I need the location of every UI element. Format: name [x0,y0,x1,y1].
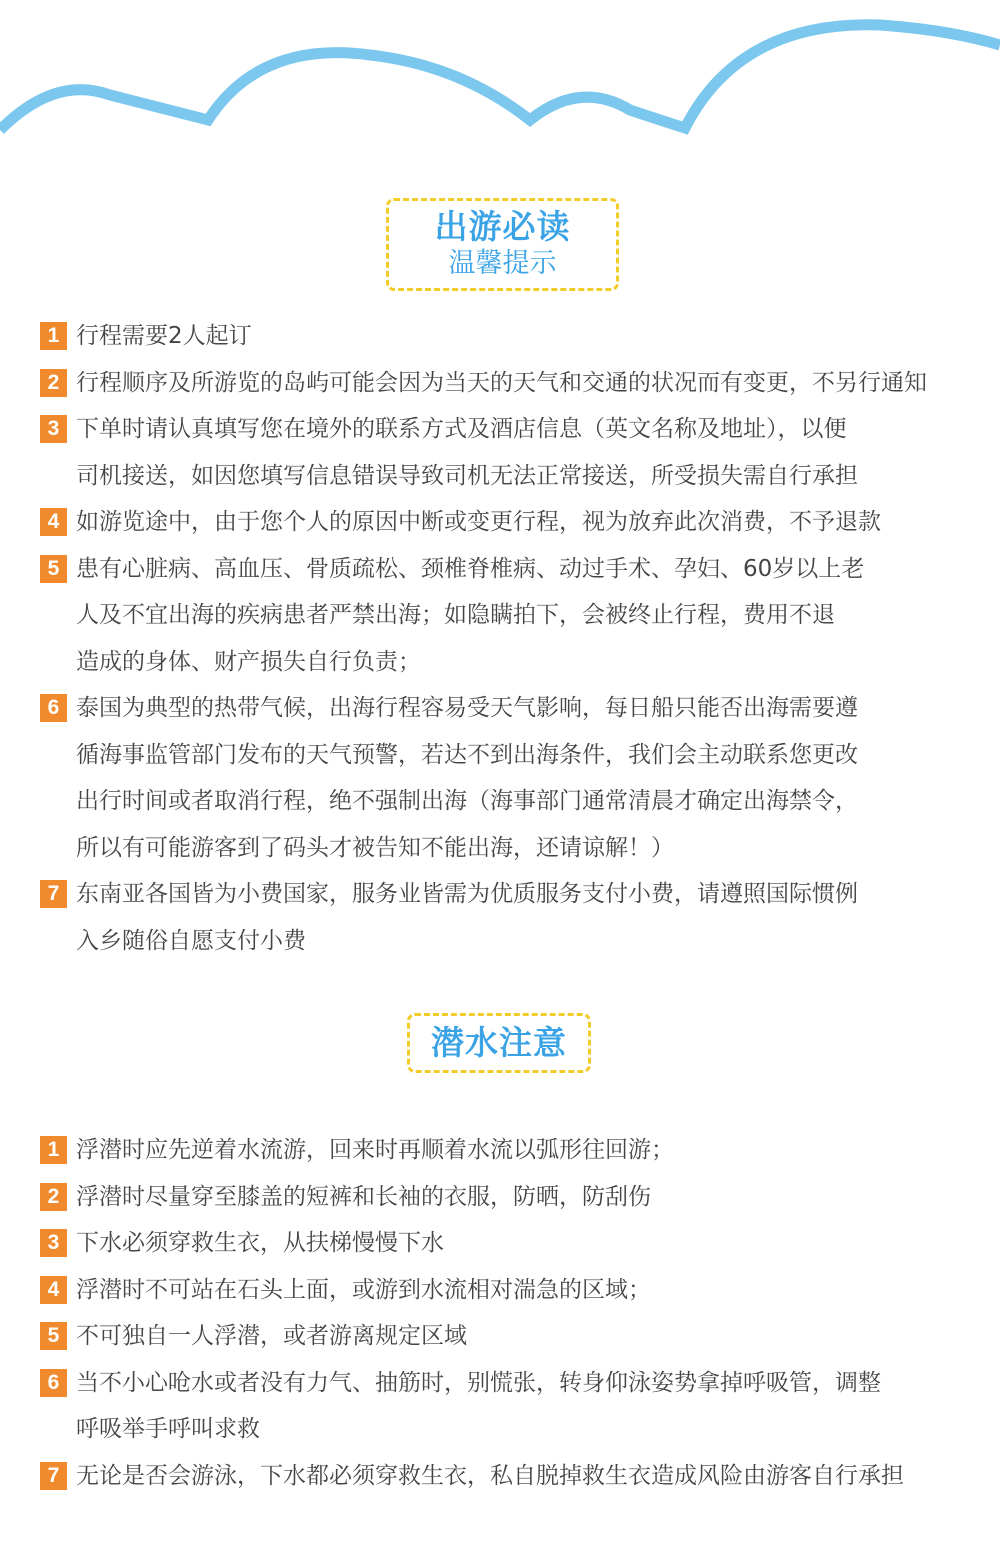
list-item: 2浮潜时尽量穿至膝盖的短裤和长袖的衣服，防晒，防刮伤 [40,1174,980,1221]
number-badge: 6 [40,694,67,722]
list-item: 1行程需要2人起订 [40,313,980,360]
section2-title-box: 潜水注意 [407,1013,591,1073]
travel-notes-list: 1行程需要2人起订 2行程顺序及所游览的岛屿可能会因为当天的天气和交通的状况而有… [40,313,980,964]
item-text: 行程顺序及所游览的岛屿可能会因为当天的天气和交通的状况而有变更，不另行通知 [40,360,980,407]
list-item: 6泰国为典型的热带气候，出海行程容易受天气影响，每日船只能否出海需要遵 循海事监… [40,685,980,871]
section2-title: 潜水注意 [410,1023,588,1063]
item-text: 下单时请认真填写您在境外的联系方式及酒店信息（英文名称及地址），以便 司机接送，… [40,406,980,499]
number-badge: 5 [40,1322,67,1350]
item-text: 浮潜时不可站在石头上面，或游到水流相对湍急的区域； [40,1267,980,1314]
section1-title-box: 出游必读 温馨提示 [386,198,619,291]
number-badge: 3 [40,1229,67,1257]
number-badge: 2 [40,1183,67,1211]
item-text: 浮潜时尽量穿至膝盖的短裤和长袖的衣服，防晒，防刮伤 [40,1174,980,1221]
item-text: 不可独自一人浮潜，或者游离规定区域 [40,1313,980,1360]
list-item: 3下水必须穿救生衣，从扶梯慢慢下水 [40,1220,980,1267]
item-text: 患有心脏病、高血压、骨质疏松、颈椎脊椎病、动过手术、孕妇、60岁以上老 人及不宜… [40,546,980,686]
list-item: 7无论是否会游泳，下水都必须穿救生衣，私自脱掉救生衣造成风险由游客自行承担 [40,1453,980,1500]
number-badge: 7 [40,1462,67,1490]
item-text: 泰国为典型的热带气候，出海行程容易受天气影响，每日船只能否出海需要遵 循海事监管… [40,685,980,871]
list-item: 5不可独自一人浮潜，或者游离规定区域 [40,1313,980,1360]
section1-title: 出游必读 [389,207,616,247]
number-badge: 6 [40,1369,67,1397]
item-text: 下水必须穿救生衣，从扶梯慢慢下水 [40,1220,980,1267]
item-text: 如游览途中，由于您个人的原因中断或变更行程，视为放弃此次消费，不予退款 [40,499,980,546]
list-item: 4浮潜时不可站在石头上面，或游到水流相对湍急的区域； [40,1267,980,1314]
number-badge: 3 [40,415,67,443]
item-text: 浮潜时应先逆着水流游，回来时再顺着水流以弧形往回游； [40,1127,980,1174]
list-item: 1浮潜时应先逆着水流游，回来时再顺着水流以弧形往回游； [40,1127,980,1174]
section1-subtitle: 温馨提示 [389,247,616,281]
list-item: 4如游览途中，由于您个人的原因中断或变更行程，视为放弃此次消费，不予退款 [40,499,980,546]
item-text: 行程需要2人起订 [40,313,980,360]
list-item: 6当不小心呛水或者没有力气、抽筋时，别慌张，转身仰泳姿势拿掉呼吸管，调整 呼吸举… [40,1360,980,1453]
diving-notes-list: 1浮潜时应先逆着水流游，回来时再顺着水流以弧形往回游； 2浮潜时尽量穿至膝盖的短… [40,1127,980,1499]
cloud-wave-decoration [0,0,1000,160]
number-badge: 5 [40,555,67,583]
item-text: 无论是否会游泳，下水都必须穿救生衣，私自脱掉救生衣造成风险由游客自行承担 [40,1453,980,1500]
number-badge: 1 [40,1136,67,1164]
number-badge: 1 [40,322,67,350]
item-text: 当不小心呛水或者没有力气、抽筋时，别慌张，转身仰泳姿势拿掉呼吸管，调整 呼吸举手… [40,1360,980,1453]
item-text: 东南亚各国皆为小费国家，服务业皆需为优质服务支付小费，请遵照国际惯例 入乡随俗自… [40,871,980,964]
list-item: 5患有心脏病、高血压、骨质疏松、颈椎脊椎病、动过手术、孕妇、60岁以上老 人及不… [40,546,980,686]
number-badge: 2 [40,369,67,397]
list-item: 2行程顺序及所游览的岛屿可能会因为当天的天气和交通的状况而有变更，不另行通知 [40,360,980,407]
number-badge: 7 [40,880,67,908]
list-item: 3下单时请认真填写您在境外的联系方式及酒店信息（英文名称及地址），以便 司机接送… [40,406,980,499]
number-badge: 4 [40,508,67,536]
list-item: 7东南亚各国皆为小费国家，服务业皆需为优质服务支付小费，请遵照国际惯例 入乡随俗… [40,871,980,964]
number-badge: 4 [40,1276,67,1304]
